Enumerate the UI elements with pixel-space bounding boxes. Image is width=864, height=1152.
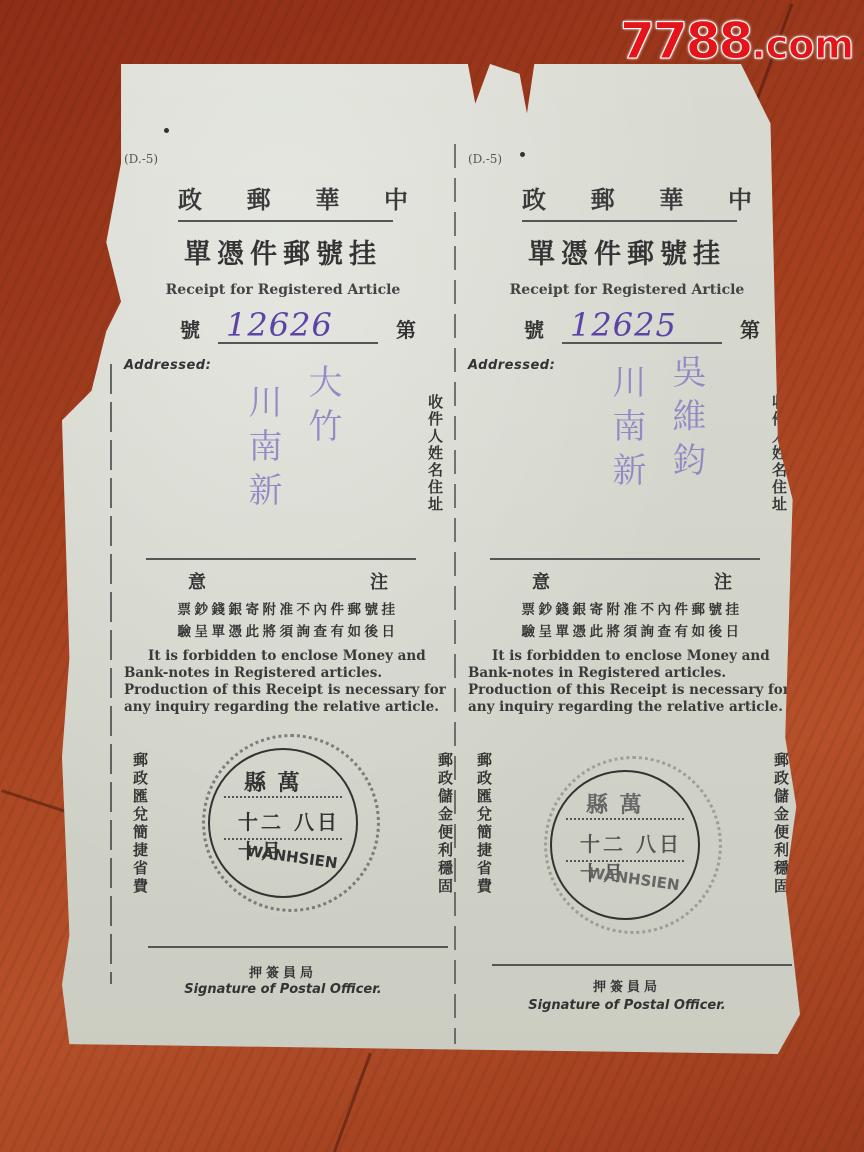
recipient-label: 收件人姓名住址 xyxy=(425,394,446,513)
number-suffix: 第 xyxy=(396,314,416,343)
notice-chinese-line-2: 驗呈單憑此將須詢查有如後日 xyxy=(132,620,444,640)
addressed-label: Addressed: xyxy=(124,358,211,373)
table-seam xyxy=(1,789,69,813)
watermark-number: 7788 xyxy=(620,12,751,70)
address-rule xyxy=(146,558,416,560)
header-rule xyxy=(178,220,393,222)
receipt-number: 12625 xyxy=(570,306,677,344)
signature-label-cn: 押簽員局 xyxy=(118,962,448,981)
number-underline xyxy=(218,342,378,344)
title-chinese: 單憑件郵號挂 xyxy=(148,232,418,271)
notice-title: 意 注 xyxy=(532,568,732,594)
notice-title: 意 注 xyxy=(188,568,388,594)
watermark-domain: .com xyxy=(751,23,854,67)
notice-chinese-line-2: 驗呈單憑此將須詢查有如後日 xyxy=(476,620,788,640)
handwritten-recipient-name: 大竹 xyxy=(298,364,347,452)
site-watermark: 7788.com xyxy=(620,12,854,70)
signature-rule xyxy=(492,964,792,966)
slogan-remittance: 郵政匯兌簡捷省費 xyxy=(130,752,151,896)
number-label: 號 xyxy=(180,314,200,343)
title-english: Receipt for Registered Article xyxy=(492,282,762,298)
title-english: Receipt for Registered Article xyxy=(148,282,418,298)
receipt-left: (D.-5) 政 郵 華 中 單憑件郵號挂 Receipt for Regist… xyxy=(118,64,458,1054)
number-suffix: 第 xyxy=(740,314,760,343)
receipt-number-row: 號 12626 第 xyxy=(168,308,428,348)
header-chinese-post: 政 郵 華 中 xyxy=(178,180,408,215)
receipt-number-row: 號 12625 第 xyxy=(512,308,772,348)
slogan-savings: 郵政儲金便利穩固 xyxy=(435,752,456,896)
addressed-label: Addressed: xyxy=(468,358,555,373)
left-margin-rule xyxy=(110,364,112,984)
recipient-label: 收件人姓名住址 xyxy=(769,394,790,513)
title-chinese: 單憑件郵號挂 xyxy=(492,232,762,271)
handwritten-address-line: 川南新 xyxy=(238,384,287,516)
postmark-place-cn: 縣 萬 xyxy=(244,766,302,797)
form-code: (D.-5) xyxy=(468,152,502,166)
notice-english: It is forbidden to enclose Money and Ban… xyxy=(468,648,793,716)
number-label: 號 xyxy=(524,314,544,343)
number-underline xyxy=(562,342,722,344)
handwritten-recipient-name: 吳維鈞 xyxy=(662,354,711,486)
signature-label-en: Signature of Postal Officer. xyxy=(462,998,792,1013)
handwritten-address-line: 川南新 xyxy=(602,364,651,496)
postmark-stamp: 縣 萬 十二 八日 十月 WANHSIEN xyxy=(208,748,358,898)
notice-chinese-line-1: 票鈔錢銀寄附准不內件郵號挂 xyxy=(132,598,444,618)
slogan-remittance: 郵政匯兌簡捷省費 xyxy=(474,752,495,896)
postmark-stamp: 縣 萬 十二 八日 十月 WANHSIEN xyxy=(550,770,700,920)
signature-rule xyxy=(148,946,448,948)
header-rule xyxy=(522,220,737,222)
notice-english: It is forbidden to enclose Money and Ban… xyxy=(124,648,449,716)
form-code: (D.-5) xyxy=(124,152,158,166)
postal-receipt-sheet: (D.-5) 政 郵 華 中 單憑件郵號挂 Receipt for Regist… xyxy=(62,64,800,1054)
header-chinese-post: 政 郵 華 中 xyxy=(522,180,752,215)
address-rule xyxy=(490,558,760,560)
slogan-savings: 郵政儲金便利穩固 xyxy=(771,752,792,896)
table-seam xyxy=(331,1053,371,1152)
receipt-number: 12626 xyxy=(226,306,333,344)
notice-chinese-line-1: 票鈔錢銀寄附准不內件郵號挂 xyxy=(476,598,788,618)
postmark-place-cn: 縣 萬 xyxy=(586,788,644,819)
signature-label-cn: 押簽員局 xyxy=(462,976,792,995)
receipt-right: (D.-5) 政 郵 華 中 單憑件郵號挂 Receipt for Regist… xyxy=(462,64,802,1054)
signature-label-en: Signature of Postal Officer. xyxy=(118,982,448,997)
